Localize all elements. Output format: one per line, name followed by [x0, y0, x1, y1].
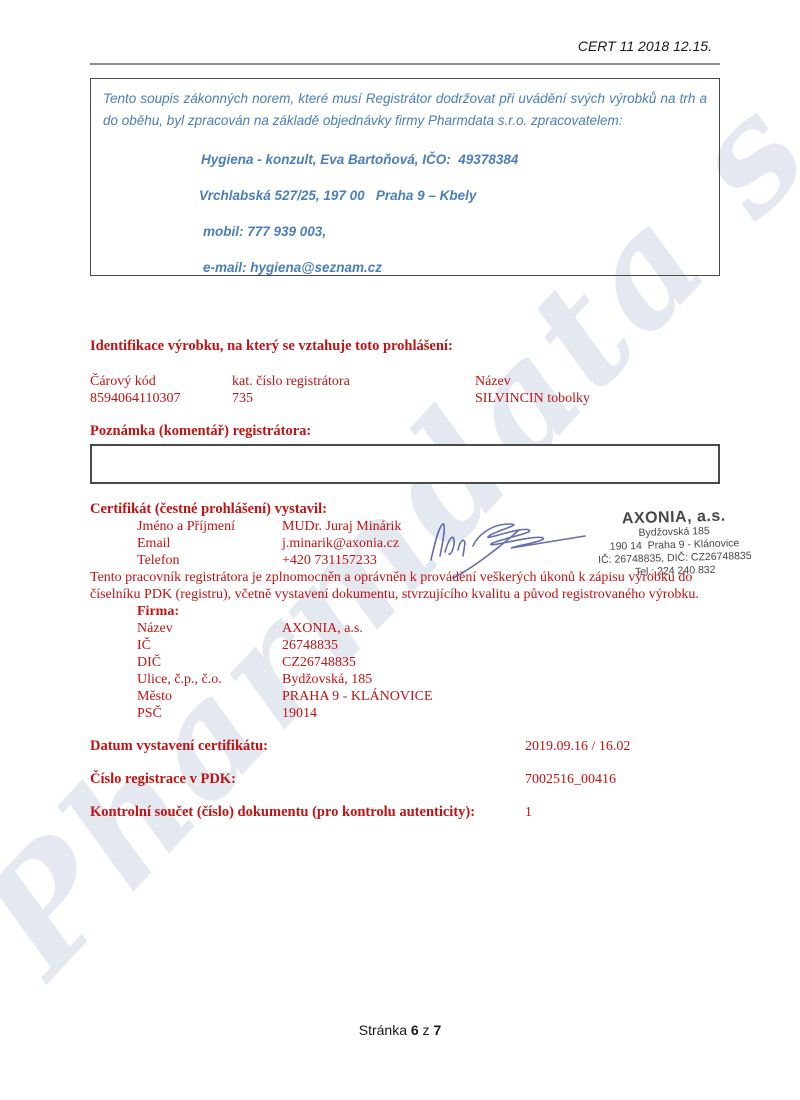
company-zip-label: PSČ: [137, 705, 282, 722]
footer-separator: z: [419, 1022, 434, 1038]
footer-page-number: 6: [411, 1022, 419, 1038]
identification-value-row: 8594064110307 735 SILVINCIN tobolky: [90, 390, 720, 407]
company-field-row: Název AXONIA, a.s.: [90, 620, 720, 637]
registration-number-value: 7002516_00416: [525, 771, 616, 788]
company-ic-value: 26748835: [282, 637, 720, 654]
company-field-row: IČ 26748835: [90, 637, 720, 654]
note-heading: Poznámka (komentář) registrátora:: [90, 423, 720, 440]
note-empty-box: [90, 444, 720, 484]
company-street-label: Ulice, č.p., č.o.: [137, 671, 282, 688]
company-name-value: AXONIA, a.s.: [282, 620, 720, 637]
registration-number-label: Číslo registrace v PDK:: [90, 771, 236, 787]
cert-phone-label: Telefon: [137, 552, 282, 569]
identification-header-row: Čárový kód kat. číslo registrátora Název: [90, 373, 720, 390]
issue-date-row: Datum vystavení certifikátu: 2019.09.16 …: [90, 738, 720, 755]
company-stamp: AXONIA, a.s. Bydžovská 185 190 14 Praha …: [571, 506, 778, 581]
processor-address-line: Vrchlabská 527/25, 197 00 Praha 9 – Kbel…: [199, 188, 707, 204]
company-city-value: PRAHA 9 - KLÁNOVICE: [282, 688, 720, 705]
checksum-row: Kontrolní součet (číslo) dokumentu (pro …: [90, 804, 720, 821]
company-heading: Firma:: [137, 603, 720, 620]
company-dic-label: DIČ: [137, 654, 282, 671]
company-dic-value: CZ26748835: [282, 654, 720, 671]
catalog-number-value: 735: [232, 390, 475, 407]
cert-name-label: Jméno a Příjmení: [137, 518, 282, 535]
col-catalog-header: kat. číslo registrátora: [232, 373, 475, 390]
company-city-label: Město: [137, 688, 282, 705]
company-field-row: Ulice, č.p., č.o. Bydžovská, 185: [90, 671, 720, 688]
checksum-value: 1: [525, 804, 532, 821]
company-field-row: DIČ CZ26748835: [90, 654, 720, 671]
col-barcode-header: Čárový kód: [90, 373, 232, 390]
processor-phone-line: mobil: 777 939 003,: [203, 224, 707, 240]
handwritten-signature: [425, 512, 595, 582]
processor-info-box: Tento soupis zákonných norem, které musí…: [90, 78, 720, 276]
cert-email-label: Email: [137, 535, 282, 552]
intro-paragraph: Tento soupis zákonných norem, které musí…: [103, 88, 707, 132]
company-name-label: Název: [137, 620, 282, 637]
page-footer: Stránka 6 z 7: [0, 1022, 800, 1038]
footer-prefix: Stránka: [359, 1022, 411, 1038]
company-field-row: PSČ 19014: [90, 705, 720, 722]
barcode-value: 8594064110307: [90, 390, 232, 407]
registration-number-row: Číslo registrace v PDK: 7002516_00416: [90, 771, 720, 788]
company-zip-value: 19014: [282, 705, 720, 722]
document-page: Pharmdata s. r. o. CERT 11 2018 12.15. T…: [0, 0, 800, 1100]
page-content: CERT 11 2018 12.15. Tento soupis zákonný…: [90, 0, 720, 821]
col-name-header: Název: [475, 373, 720, 390]
identification-heading: Identifikace výrobku, na který se vztahu…: [90, 338, 720, 355]
document-code: CERT 11 2018 12.15.: [90, 38, 720, 54]
identification-table: Čárový kód kat. číslo registrátora Název…: [90, 373, 720, 407]
processor-name-line: Hygiena - konzult, Eva Bartoňová, IČO: 4…: [201, 152, 707, 168]
company-ic-label: IČ: [137, 637, 282, 654]
issue-date-label: Datum vystavení certifikátu:: [90, 738, 268, 754]
header-rule: [90, 63, 720, 65]
issue-date-value: 2019.09.16 / 16.02: [525, 738, 630, 755]
processor-email-line: e-mail: hygiena@seznam.cz: [203, 260, 707, 276]
company-street-value: Bydžovská, 185: [282, 671, 720, 688]
checksum-label: Kontrolní součet (číslo) dokumentu (pro …: [90, 804, 475, 820]
footer-total-pages: 7: [433, 1022, 441, 1038]
company-field-row: Město PRAHA 9 - KLÁNOVICE: [90, 688, 720, 705]
product-name-value: SILVINCIN tobolky: [475, 390, 720, 407]
summary-section: Datum vystavení certifikátu: 2019.09.16 …: [90, 738, 720, 821]
